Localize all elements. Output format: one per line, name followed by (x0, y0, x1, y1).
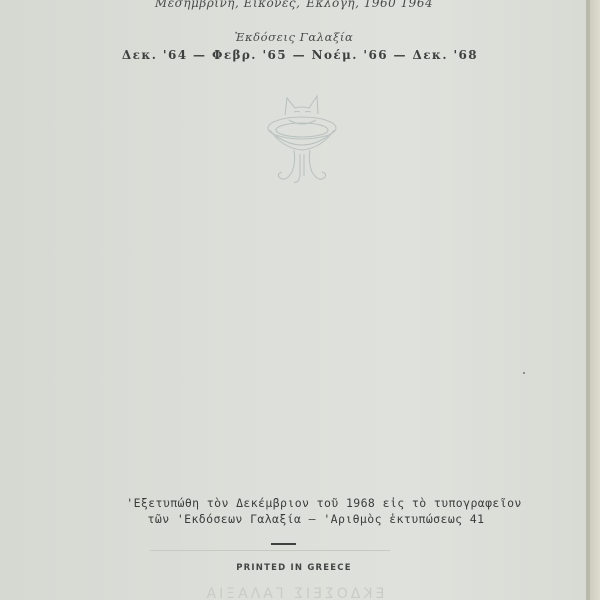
faint-rule (150, 550, 390, 551)
speck (523, 372, 525, 374)
colophon-line-1: 'Εξετυπώθη τὸν Δεκέμβριον τοῦ 1968 εἰς τ… (0, 496, 600, 510)
back-cover-edge (590, 0, 600, 600)
colophon-line-2: τῶν 'Εκδόσεων Γαλαξία — 'Αριθμὸς ἐκτυπώσ… (0, 512, 600, 526)
book-page: Μεσημβρινή, Εἰκόνες, Ἐκλογή, 1960 1964 Ἐ… (0, 0, 588, 600)
cat-emblem-icon (262, 90, 342, 190)
short-rule-divider (271, 543, 296, 545)
publisher-line: Ἐκδόσεις Γαλαξία (0, 30, 588, 44)
show-through-text: ΕΚΔΟΣΕΙΣ ΓΑΛΑΞΙΑ (0, 586, 588, 600)
previous-works-line: Μεσημβρινή, Εἰκόνες, Ἐκλογή, 1960 1964 (0, 0, 588, 10)
printed-in-greece-label: PRINTED IN GREECE (0, 563, 588, 573)
editions-line: Δεκ. '64 — Φεβρ. '65 — Νοέμ. '66 — Δεκ. … (0, 48, 594, 62)
